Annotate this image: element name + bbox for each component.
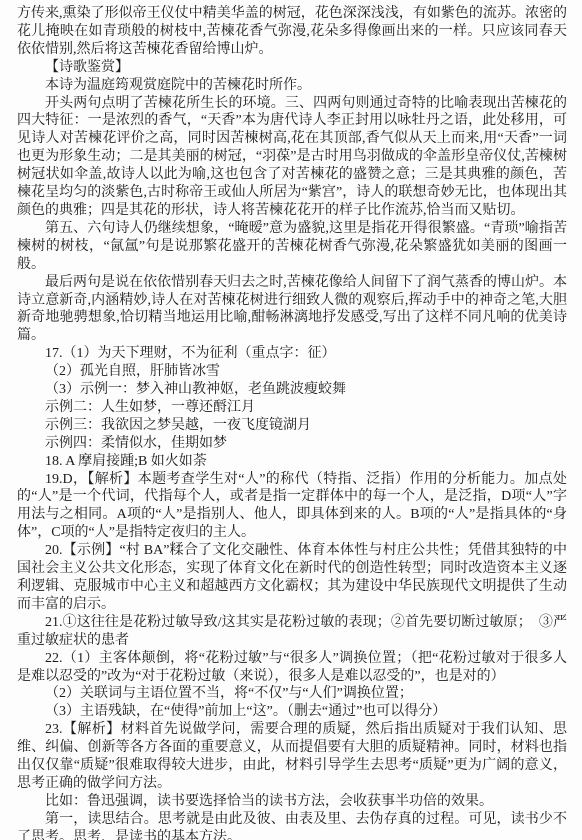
answer-20-example: 20.【示例】“村 BA”糅合了文化交融性、体育本体性与村庄公共性；凭借其独特的… (17, 542, 567, 614)
answer-23-point-1: 第一，读思结合。思考就是由此及彼、由表及里、去伪存真的过程。可见，读书少不了思考… (17, 811, 567, 840)
para-appreciation-intro: 本诗为温庭筠观赏庭院中的苦楝花时所作。 (17, 77, 567, 95)
answer-17-example-3: 示例三：我欲因之梦吴越，一夜飞度镜湖月 (17, 417, 567, 435)
para-analysis-four-features: 开头两句点明了苦楝花所生长的环境。三、四两句则通过奇特的比喻表现出苦楝花的四大特… (17, 95, 567, 220)
answer-23-example-luxun: 比如：鲁迅强调，读书要选择恰当的读书方法，会收获事半功倍的效果。 (17, 793, 567, 811)
answer-17-item-1: 17.（1）为天下理财，不为征利（重点字：征） (17, 345, 567, 363)
para-analysis-lines-5-6: 第五、六句诗人仍继续想象，“晻暧”意为盛貌,这里是指花开得很繁盛。“青琐”喻指苦… (17, 220, 567, 274)
heading-poetry-appreciation: 【诗歌鉴赏】 (17, 59, 567, 77)
answer-22-item-3: （3）主语残缺，在“使得”前加上“这”。（删去“通过”也可以得分） (17, 703, 567, 721)
answer-17-example-2: 示例二：人生如梦，一尊还酹江月 (17, 399, 567, 417)
answer-22-item-2: （2）关联词与主语位置不当，将“不仅”与“人们”调换位置； (17, 685, 567, 703)
para-analysis-final-lines: 最后两句是说在依依惜别春天归去之时,苦楝花像给人间留下了润气蒸香的博山炉。本诗立… (17, 274, 567, 346)
para-tail-translation: 方传来,熏染了形似帝王仪仗中精美华盖的树冠，花色深深浅浅，有如紫色的流苏。浓密的… (17, 5, 567, 59)
document-page: 方传来,熏染了形似帝王仪仗中精美华盖的树冠，花色深深浅浅，有如紫色的流苏。浓密的… (0, 0, 582, 840)
answer-17-item-3-example-1: （3）示例一：梦入神山教神妪，老鱼跳波瘦蛟舞 (17, 381, 567, 399)
answer-17-item-2: （2）孤光自照，肝肺皆冰雪 (17, 363, 567, 381)
answer-19-analysis: 19.D，【解析】本题考查学生对“人”的称代（特指、泛指）作用的分析能力。加点处… (17, 471, 567, 543)
answer-23-analysis: 23.【解析】材料首先说做学问，需要合理的质疑，然后指出质疑对于我们认知、思维、… (17, 721, 567, 793)
answer-22-item-1: 22.（1）主客体颠倒，将“花粉过敏”与“很多人”调换位置；（把“花粉过敏对于很… (17, 650, 567, 686)
answer-18: 18. A 摩肩接踵;B 如火如荼 (17, 453, 567, 471)
answer-21: 21.①这往往是花粉过敏导致/这其实是花粉过敏的表现；②首先要切断过敏原； ③严… (17, 614, 567, 650)
answer-17-example-4: 示例四：柔情似水，佳期如梦 (17, 435, 567, 453)
